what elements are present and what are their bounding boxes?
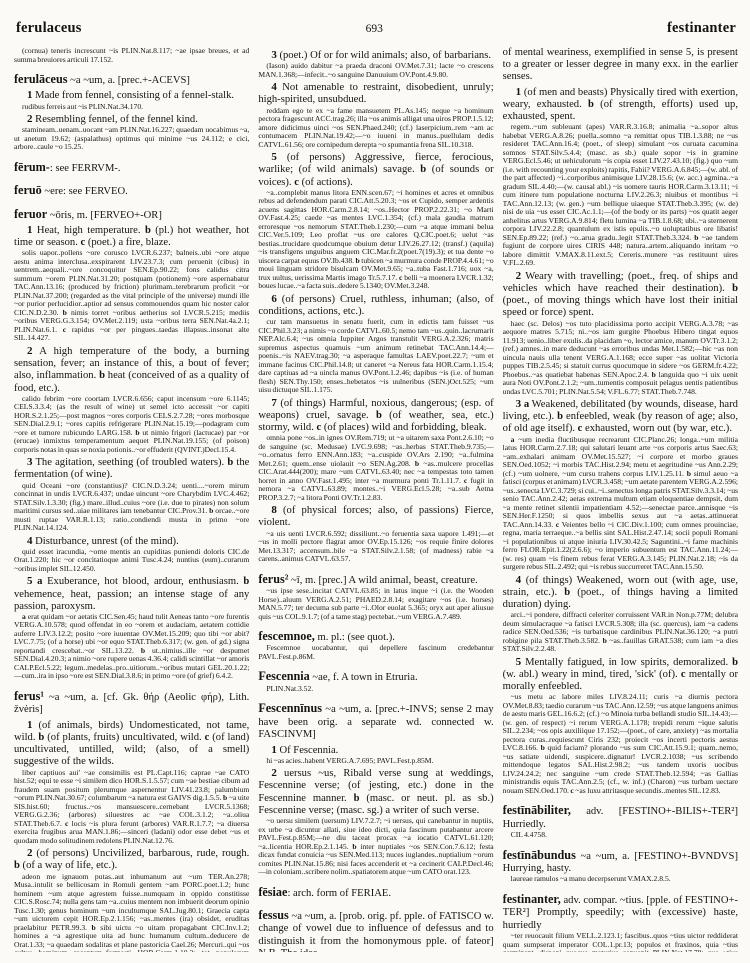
sense-number: 1 <box>27 224 33 236</box>
sense-number: 5 <box>516 656 522 668</box>
sense-paragraph: 2 A high temperature of the body, a burn… <box>14 345 249 395</box>
cite-paragraph: a erat quidam ~or aetatis CIC.Sen.45; ha… <box>14 613 249 681</box>
cite-paragraph: haec (sc. Delos) ~os tuto placidissima p… <box>503 320 738 397</box>
entry-paragraph: feruor ~ōris, m. [FERVEO+-OR] <box>14 208 249 222</box>
sense-number: 3 <box>27 456 33 468</box>
headword: ferus² <box>258 572 288 586</box>
sense-number: 3 <box>271 49 277 61</box>
sense-paragraph: 1 Made from fennel, consisting of a fenn… <box>14 89 249 102</box>
cite-paragraph: (Iason) auido dabitur ~a praeda draconi … <box>258 62 493 79</box>
sense-paragraph: 6 (of persons) Cruel, ruthless, inhuman;… <box>258 293 493 318</box>
sense-number: 2 <box>516 270 522 282</box>
cite-paragraph: solis uapor..pollens ~ore corusco LVCR.6… <box>14 249 249 343</box>
cite-paragraph: CIL 4.4758. <box>503 831 738 840</box>
sense-paragraph: 2 Weary with travelling; (poet., freq. o… <box>503 270 738 320</box>
sense-paragraph: 2 uersus ~us, Ribald verse sung at weddi… <box>258 767 493 817</box>
cite-paragraph: liber captiuos aui' ~ae consimilis est P… <box>14 769 249 846</box>
sense-paragraph: 1 Heat, high temperature. b (pl.) hot we… <box>14 224 249 249</box>
cite-paragraph: reddam ego te ex ~a fame mansuetem PL.As… <box>258 107 493 150</box>
sense-number: 1 <box>27 89 33 101</box>
cite-paragraph: hi ~as acies..habent VERG.A.7.695; PAVL.… <box>258 757 493 766</box>
sense-number: 3 <box>516 398 522 410</box>
entry-paragraph: ferulāceus ~a ~um, a. [prec.+-ACEVS] <box>14 73 249 87</box>
entry-paragraph: festīnābiliter, adv. [FESTINO+-BILIS+-TE… <box>503 804 738 831</box>
sense-number: 4 <box>271 81 277 93</box>
cite-paragraph: rudibus ferreis aut ~is PLIN.Nat.34.170. <box>14 103 249 112</box>
sense-paragraph: 5 (of persons) Aggressive, fierce, feroc… <box>258 151 493 189</box>
column-2: 3 (poet.) Of or for wild animals; also, … <box>258 47 493 952</box>
sense-paragraph: 3 a Weakened, debilitated (by wounds, di… <box>503 398 738 436</box>
cite-paragraph: stamineam..uenam..uocant ~am PLIN.Nat.16… <box>14 126 249 152</box>
headword: Fescennīnus <box>258 701 322 715</box>
sense-paragraph: 4 (of things) Weakened, worn out (with a… <box>503 574 738 612</box>
left-running-headword: ferulaceus <box>16 20 82 37</box>
cite-paragraph: ~ter reuocauit filium VELL.2.123.1; fasc… <box>503 932 738 952</box>
cite-paragraph: calido febrim ~ore coortam LVCR.6.656; c… <box>14 395 249 455</box>
column-container: (cornua) teneris increscunt ~is PLIN.Nat… <box>14 47 738 952</box>
sense-number: 7 <box>271 397 277 409</box>
entry-paragraph: Fescennia ~ae, f. A town in Etruria. <box>258 670 493 684</box>
cite-paragraph: (cornua) teneris increscunt ~is PLIN.Nat… <box>14 47 249 64</box>
entry-paragraph: festīnābundus ~a ~um, a. [FESTINO+-BVNDV… <box>503 849 738 876</box>
xref-paragraph: fērum-: see FERRVM-. <box>14 161 249 175</box>
column-3: of mental weariness, exemplified in sens… <box>503 47 738 952</box>
headword: feruor <box>14 207 47 221</box>
sense-paragraph: 4 Disturbance, unrest (of the mind). <box>14 535 249 548</box>
entry-paragraph: Fescennīnus ~a ~um, a. [prec.+-INVS; sen… <box>258 702 493 741</box>
headword: ferulāceus <box>14 72 67 86</box>
column-1: (cornua) teneris increscunt ~is PLIN.Nat… <box>14 47 249 952</box>
sense-paragraph: 1 (of animals, birds) Undomesticated, no… <box>14 719 249 769</box>
right-running-headword: festinanter <box>667 20 736 37</box>
cite-paragraph: ~us metu ac labore miles LIV.8.24.11; cu… <box>503 693 738 795</box>
sense-number: 8 <box>271 504 277 516</box>
cite-paragraph: quid Oceani ~ore (constantius)? CIC.N.D.… <box>14 482 249 533</box>
entry-paragraph: ferus¹ ~a ~um, a. [cf. Gk. θήρ (Aeolic φ… <box>14 690 249 717</box>
entry-paragraph: fessus ~a ~um, a. [prob. orig. pf. pple.… <box>258 909 493 952</box>
sense-number: 2 <box>27 113 33 125</box>
cite-paragraph: Fescemnoe uocabantur, qui depellere fasc… <box>258 644 493 661</box>
sense-paragraph: 1 (of men and beasts) Physically tired w… <box>503 86 738 124</box>
entry-paragraph: fescemnoe, m. pl.: (see quot.). <box>258 630 493 644</box>
cite-paragraph: a ~um inedia fluctibusque recrearunt CIC… <box>503 436 738 572</box>
cite-paragraph: PLIN.Nat.3.52. <box>258 685 493 694</box>
sense-number: 2 <box>271 767 277 779</box>
headword: festīnābundus <box>503 848 576 862</box>
headword: fērum- <box>14 160 50 174</box>
note-paragraph: of mental weariness, exemplified in sens… <box>503 47 738 84</box>
sense-number: 2 <box>27 345 33 357</box>
sense-number: 1 <box>271 744 277 756</box>
entry-paragraph: festinanter, adv. compar. ~tius. [pple. … <box>503 893 738 932</box>
entry-paragraph: ferus² ~ī, m. [prec.] A wild animal, bea… <box>258 573 493 587</box>
sense-number: 5 <box>27 575 33 587</box>
headword: ferus¹ <box>14 689 44 703</box>
headword: fēsiae <box>258 885 287 899</box>
headword: feruō <box>14 183 42 197</box>
dictionary-page: ferulaceus 693 festinanter (cornua) tene… <box>0 0 750 963</box>
headword: Fescennia <box>258 669 309 683</box>
sense-number: 1 <box>516 86 522 98</box>
sense-paragraph: 8 (of physical forces; also, of passions… <box>258 504 493 529</box>
sense-number: 2 <box>27 847 33 859</box>
sense-paragraph: 5 Mentally fatigued, in low spirits, dem… <box>503 656 738 694</box>
cite-paragraph: ~o uersu similem (uersum) LIV.7.2.7; ~i … <box>258 817 493 877</box>
cite-paragraph: cur tam mansuetus in senatu fuerit, cum … <box>258 318 493 395</box>
sense-paragraph: 4 Not amenable to restraint, disobedient… <box>258 81 493 106</box>
headword: festīnābiliter, <box>503 803 571 817</box>
sense-paragraph: 3 The agitation, seething (of troubled w… <box>14 456 249 481</box>
cite-paragraph: adeon me ignauom putas..aut inhumanum au… <box>14 873 249 953</box>
cite-paragraph: arci..~i pondere, diffracti celeriter co… <box>503 611 738 654</box>
sense-number: 4 <box>27 535 33 547</box>
cite-paragraph: ~us ipse sese..incitat CATVL.63.85; in l… <box>258 587 493 621</box>
cite-paragraph: ~a..complebit manus litora ENN.scen.67; … <box>258 189 493 291</box>
sense-number: 1 <box>27 719 33 731</box>
page-number: 693 <box>366 23 383 35</box>
cite-paragraph: omnia pone ~os..in ignes OV.Rem.719; ut … <box>258 434 493 502</box>
cite-paragraph: laureae ramulos ~a manu decerpserunt V.M… <box>503 875 738 884</box>
sense-number: 6 <box>271 293 277 305</box>
cite-paragraph: ~a uis uenti LVCR.6.592; dissiliunt..~o … <box>258 530 493 564</box>
cite-paragraph: quid esset iracundia, ~orne mentis an cu… <box>14 548 249 574</box>
sense-paragraph: 5 a Exuberance, hot blood, ardour, enthu… <box>14 575 249 613</box>
sense-number: 5 <box>271 151 277 163</box>
headword: fessus <box>258 908 288 922</box>
headword: festinanter, <box>503 892 561 906</box>
headword: fescemnoe, <box>258 629 315 643</box>
sense-number: 4 <box>516 574 522 586</box>
sense-paragraph: 7 (of things) Harmful, noxious, dangerou… <box>258 397 493 435</box>
running-header: ferulaceus 693 festinanter <box>16 20 736 37</box>
cite-paragraph: regem..~um subleuant (apes) VAR.R.3.16.8… <box>503 123 738 268</box>
xref-paragraph: feruō ~ere: see FERVEO. <box>14 184 249 198</box>
sense-paragraph: 2 (of persons) Uncivilized, barbarous, r… <box>14 847 249 872</box>
xref-paragraph: fēsiae: arch. form of FERIAE. <box>258 886 493 900</box>
sense-paragraph: 1 Of Fescennia. <box>258 744 493 757</box>
